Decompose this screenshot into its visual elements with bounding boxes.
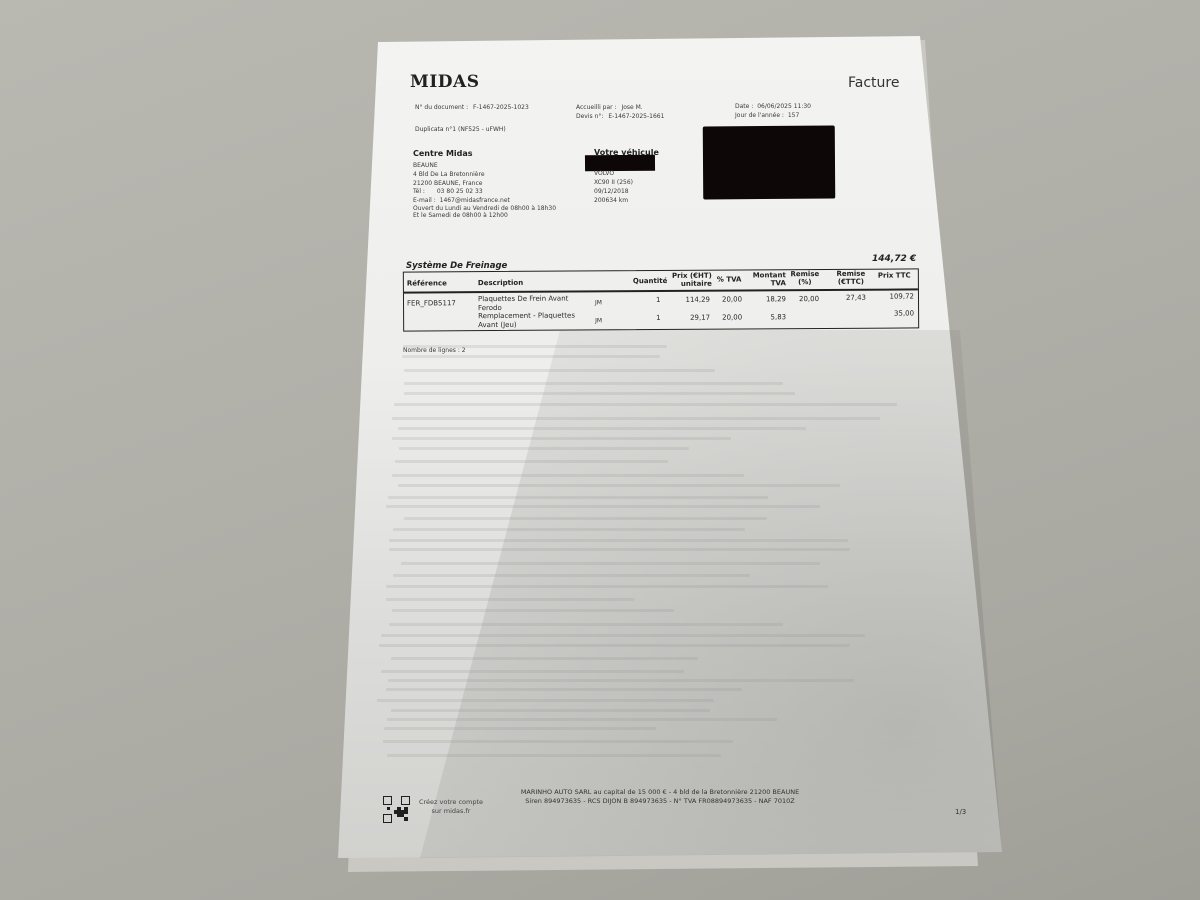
company-legal-info: MARINHO AUTO SARL au capital de 15 000 €… [500,788,820,806]
quote-label: Devis n°: [576,113,603,120]
row2-unit-price: 29,17 [674,314,710,323]
col-discount-eur: Remise (€TTC) [834,270,868,286]
vehicle-mileage: 200634 km [594,197,628,204]
center-email-row: E-mail : 1467@midasfrance.net [413,197,510,204]
row1-vat-amount: 18,29 [754,295,786,304]
row1-unit-price: 114,29 [674,296,710,305]
page-number: 1/3 [955,808,966,816]
center-city: BEAUNE [413,162,438,169]
col-ref: Référence [407,279,447,287]
phone-label: Tél : [413,188,425,195]
redacted-block [585,155,655,172]
phone: 03 80 25 02 33 [437,188,483,195]
row1-tech: JM [595,298,602,307]
center-postal: 21200 BEAUNE, France [413,180,482,187]
header-divider [404,288,918,293]
day-of-year-label: Jour de l'année : [735,112,784,119]
row1-vat: 20,00 [722,296,742,305]
qr-code-icon [383,796,408,821]
redacted-address-block [703,126,836,200]
doc-number-row: N° du document : F-1467-2025-1023 [415,104,529,111]
document-type-title: Facture [848,75,899,91]
hours-saturday: Et le Samedi de 08h00 à 12h00 [413,212,508,219]
vehicle-model: XC90 II (256) [594,179,633,186]
col-vat-amount: Montant TVA [746,271,786,287]
vehicle-make: VOLVO [594,170,614,177]
quote-row: Devis n°: E-1467-2025-1661 [576,113,664,120]
row2-desc: Remplacement - Plaquettes Avant (Jeu) [478,312,575,331]
row2-vat-amount: 5,83 [754,313,786,322]
email-label: E-mail : [413,197,436,204]
col-desc: Description [478,279,523,287]
line-count: Nombre de lignes : 2 [403,347,466,354]
center-phone-row: Tél : 03 80 25 02 33 [413,188,483,195]
received-by-row: Accueilli par : Jose M. [576,104,643,111]
line-items-table: Référence Description Quantité Prix (€HT… [403,268,919,331]
section-title: Système De Freinage [406,261,507,271]
row2-qty: 1 [656,314,661,323]
col-vat: % TVA [717,276,742,284]
row1-price-ttc: 109,72 [874,292,914,301]
received-by: Jose M. [621,104,642,111]
vehicle-date: 09/12/2018 [594,188,629,195]
section-total: 144,72 € [872,254,916,264]
row1-discount-pct: 20,00 [799,295,819,304]
col-unit-price: Prix (€HT) unitaire [666,272,712,288]
hours-weekdays: Ouvert du Lundi au Vendredi de 08h00 à 1… [413,205,556,212]
row1-desc: Plaquettes De Frein Avant Ferodo [478,295,568,314]
doc-number: F-1467-2025-1023 [473,104,529,111]
day-of-year: 157 [788,112,799,119]
doc-number-label: N° du document : [415,104,468,111]
date-label: Date : [735,103,753,110]
row2-price-ttc: 35,00 [874,309,914,318]
received-by-label: Accueilli par : [576,104,617,111]
center-street: 4 Bld De La Bretonnière [413,171,485,178]
create-account-text: Créez votre compte sur midas.fr [416,798,486,816]
row1-qty: 1 [656,296,661,305]
date-value: 06/06/2025 11:30 [757,103,811,110]
row1-discount-eur: 27,43 [836,294,866,303]
day-of-year-row: Jour de l'année : 157 [735,112,799,119]
midas-logo: MIDAS [410,72,479,92]
duplicate-info: Duplicata n°1 (NF525 - uFWH) [415,126,506,133]
col-qty: Quantité [633,277,668,285]
center-name: Centre Midas [413,149,473,158]
row1-ref: FER_FDB5117 [407,299,456,308]
date-row: Date : 06/06/2025 11:30 [735,103,811,110]
quote-number: E-1467-2025-1661 [608,113,664,120]
row2-tech: JM [595,316,602,325]
row2-vat: 20,00 [722,314,742,323]
email: 1467@midasfrance.net [440,197,510,204]
col-price-ttc: Prix TTC [878,271,911,279]
col-discount-pct: Remise (%) [790,270,820,286]
